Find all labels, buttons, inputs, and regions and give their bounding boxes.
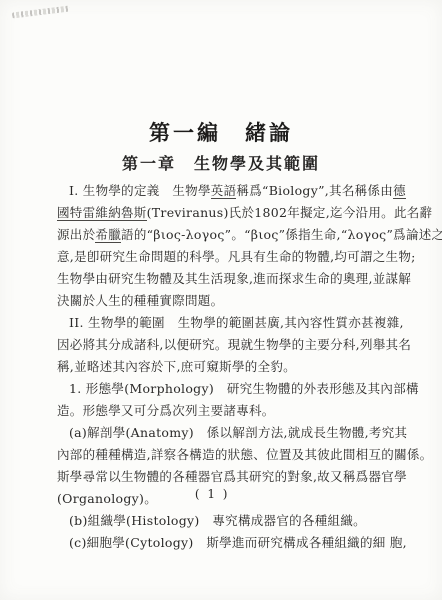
text-line: 斯學尋常以生物體的各種器官爲其研究的對象,故又稱爲器官學 xyxy=(57,466,397,488)
text-segment: 斯學尋常以生物體的各種器官爲其研究的對象,故又稱爲器官學 xyxy=(57,469,407,484)
part-title: 第一編 緒論 xyxy=(0,117,442,147)
proper-noun-underlined: 英語 xyxy=(211,183,237,199)
text-line: 因必將其分成諸科,以便研究。現就生物學的主要分科,列舉其名 xyxy=(57,334,397,356)
text-segment: II. 生物學的範圍 生物學的範圍甚廣,其內容性質亦甚複雜, xyxy=(69,315,404,330)
text-line: 國特雷維納魯斯(Treviranus)氏於1802年擬定,迄今沿用。此名辭 xyxy=(57,202,397,224)
text-segment: (c)細胞學(Cytology) 斯學進而研究構成各種組織的細 胞, xyxy=(69,535,407,550)
text-line: II. 生物學的範圍 生物學的範圍甚廣,其內容性質亦甚複雜, xyxy=(57,312,397,334)
page-number: ( 1 ) xyxy=(0,487,424,501)
text-line: 生物學由研究生物體及其生活現象,進而探求生命的奧理,並謀解 xyxy=(57,268,397,290)
text-segment: 意,是卽研究生命問題的科學。凡具有生命的物體,均可謂之生物; xyxy=(57,249,416,264)
text-segment: (Treviranus)氏於1802年擬定,迄今沿用。此名辭 xyxy=(147,205,433,220)
text-line: 決關於人生的種種實際問題。 xyxy=(57,290,397,312)
text-segment: 造。形態學又可分爲次列主要諸專科。 xyxy=(57,403,275,418)
text-segment: (a)解剖學(Anatomy) 係以解剖方法,就成長生物體,考究其 xyxy=(69,425,407,440)
proper-noun-underlined: 希臘 xyxy=(95,227,121,243)
text-segment: 源出於 xyxy=(57,227,95,242)
chapter-title: 第一章 生物學及其範圍 xyxy=(0,151,442,174)
text-line: (a)解剖學(Anatomy) 係以解剖方法,就成長生物體,考究其 xyxy=(57,422,397,444)
text-segment: I. 生物學的定義 生物學 xyxy=(69,183,211,198)
pencil-scribble-artifact xyxy=(12,5,70,18)
text-line: 源出於希臘語的“βιος-λογος”。“βιος”係指生命,“λογος”爲論… xyxy=(57,224,397,246)
text-segment: 內部的種種構造,詳察各構造的狀態、位置及其彼此間相互的關係。 xyxy=(57,447,432,462)
text-segment: 稱,並略述其內容於下,庶可窺斯學的全豹。 xyxy=(57,359,296,374)
text-line: 1. 形態學(Morphology) 研究生物體的外表形態及其內部構 xyxy=(57,378,397,400)
scanned-book-page: 第一編 緒論 第一章 生物學及其範圍 I. 生物學的定義 生物學英語稱爲“Bio… xyxy=(0,0,442,600)
text-line: 內部的種種構造,詳察各構造的狀態、位置及其彼此間相互的關係。 xyxy=(57,444,397,466)
text-line: (b)組織學(Histology) 專究構成器官的各種組織。 xyxy=(57,510,397,532)
text-segment: 1. 形態學(Morphology) 研究生物體的外表形態及其內部構 xyxy=(69,381,419,396)
text-segment: 因必將其分成諸科,以便研究。現就生物學的主要分科,列舉其名 xyxy=(57,337,411,352)
proper-noun-underlined: 國特雷維納魯斯 xyxy=(57,205,147,221)
text-segment: 決關於人生的種種實際問題。 xyxy=(57,293,223,308)
text-line: I. 生物學的定義 生物學英語稱爲“Biology”,其名稱係由德 xyxy=(57,180,397,202)
text-line: 稱,並略述其內容於下,庶可窺斯學的全豹。 xyxy=(57,356,397,378)
text-segment: 語的“βιος-λογος”。“βιος”係指生命,“λογος”爲論述之 xyxy=(121,227,442,242)
text-segment: (b)組織學(Histology) 專究構成器官的各種組織。 xyxy=(69,513,366,528)
proper-noun-underlined: 德 xyxy=(393,183,406,199)
text-segment: 稱爲“Biology”,其名稱係由 xyxy=(236,183,393,198)
text-line: (c)細胞學(Cytology) 斯學進而研究構成各種組織的細 胞, xyxy=(57,532,397,554)
text-segment: 生物學由研究生物體及其生活現象,進而探求生命的奧理,並謀解 xyxy=(57,271,411,286)
text-line: 意,是卽研究生命問題的科學。凡具有生命的物體,均可謂之生物; xyxy=(57,246,397,268)
text-line: 造。形態學又可分爲次列主要諸專科。 xyxy=(57,400,397,422)
